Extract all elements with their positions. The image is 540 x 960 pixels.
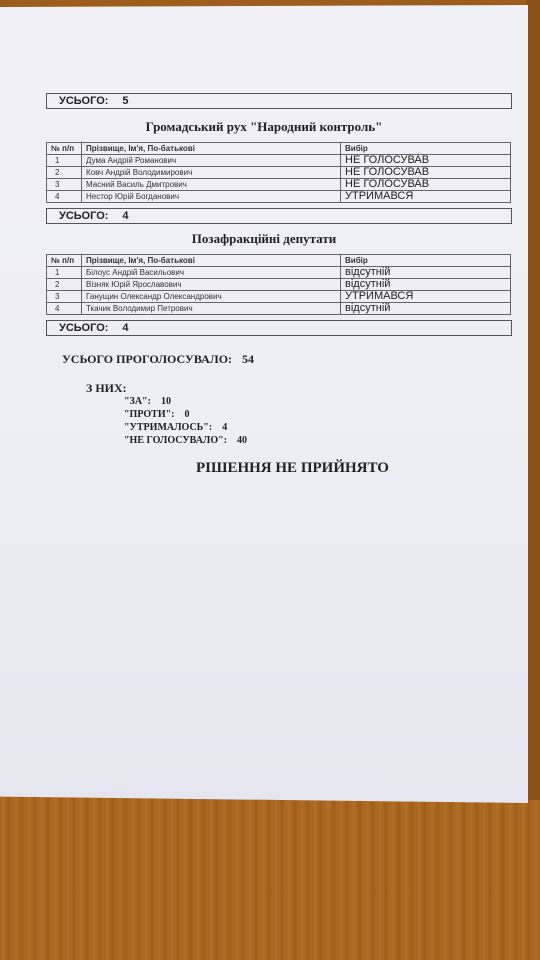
column-header-choice: Вибір [341,143,511,155]
row-name: Нестор Юрій Богданович [82,191,341,203]
table-header-row: № п/п Прізвище, Ім'я, По-батькові Вибір [47,143,511,155]
breakdown-label: "НЕ ГОЛОСУВАЛО": [124,435,227,446]
row-name: Білоус Андрій Васильович [82,267,341,279]
table-row: 2 Ковч Андрій Володимирович НЕ ГОЛОСУВАВ [47,167,511,179]
total-label: УСЬОГО: [59,210,108,222]
total-voted: УСЬОГО ПРОГОЛОСУВАЛО:54 [62,352,254,367]
vote-table-narodnyi-kontrol: № п/п Прізвище, Ім'я, По-батькові Вибір … [46,142,511,203]
row-number: 2 [47,167,82,179]
row-choice: відсутній [341,303,511,315]
column-header-name: Прізвище, Ім'я, По-батькові [82,255,341,267]
section-total-pozafraktsiini: УСЬОГО:4 [46,320,512,336]
decision: РІШЕННЯ НЕ ПРИЙНЯТО [196,460,389,477]
of-them-label: З НИХ: [86,381,127,396]
row-number: 1 [47,155,82,167]
row-number: 3 [47,291,82,303]
row-name: Ткачик Володимир Петрович [82,303,341,315]
breakdown-value: 10 [161,396,171,407]
total-voted-label: УСЬОГО ПРОГОЛОСУВАЛО: [62,352,232,366]
row-choice: НЕ ГОЛОСУВАВ [341,167,511,179]
column-header-number: № п/п [47,255,82,267]
table-row: 3 Ганущин Олександр Олександрович УТРИМА… [47,291,511,303]
breakdown-value: 0 [185,409,190,420]
section-title-narodnyi-kontrol: Громадський рух "Народний контроль" [0,119,528,135]
row-number: 2 [47,279,82,291]
row-choice: НЕ ГОЛОСУВАВ [341,155,511,167]
row-choice: відсутній [341,267,511,279]
row-name: Масний Василь Дмитрович [82,179,341,191]
row-choice: відсутній [341,279,511,291]
breakdown-abstained: "УТРИМАЛОСЬ":4 [124,422,227,433]
column-header-choice: Вибір [341,255,511,267]
section-title-pozafraktsiini: Позафракційні депутати [0,231,528,247]
total-value: 4 [122,210,128,222]
previous-section-total: УСЬОГО:5 [46,93,512,109]
table-row: 3 Масний Василь Дмитрович НЕ ГОЛОСУВАВ [47,179,511,191]
row-name: Ковч Андрій Володимирович [82,167,341,179]
total-value: 5 [122,95,128,107]
table-row: 4 Нестор Юрій Богданович УТРИМАВСЯ [47,191,511,203]
row-number: 4 [47,303,82,315]
total-value: 4 [122,322,128,334]
vote-table-pozafraktsiini: № п/п Прізвище, Ім'я, По-батькові Вибір … [46,254,511,315]
table-row: 1 Білоус Андрій Васильович відсутній [47,267,511,279]
total-label: УСЬОГО: [59,322,108,334]
row-name: Візняк Юрій Ярославович [82,279,341,291]
row-name: Дума Андрій Романович [82,155,341,167]
table-row: 2 Візняк Юрій Ярославович відсутній [47,279,511,291]
row-choice: НЕ ГОЛОСУВАВ [341,179,511,191]
table-header-row: № п/п Прізвище, Ім'я, По-батькові Вибір [47,255,511,267]
breakdown-label: "ПРОТИ": [124,409,175,420]
breakdown-value: 4 [222,422,227,433]
table-row: 4 Ткачик Володимир Петрович відсутній [47,303,511,315]
section-total-narodnyi-kontrol: УСЬОГО:4 [46,208,512,224]
row-number: 1 [47,267,82,279]
document-page: УСЬОГО:5 Громадський рух "Народний контр… [0,5,528,803]
row-number: 4 [47,191,82,203]
row-name: Ганущин Олександр Олександрович [82,291,341,303]
breakdown-not-voted: "НЕ ГОЛОСУВАЛО":40 [124,435,247,446]
row-choice: УТРИМАВСЯ [341,191,511,203]
breakdown-label: "УТРИМАЛОСЬ": [124,422,212,433]
row-number: 3 [47,179,82,191]
total-voted-value: 54 [242,352,254,366]
total-label: УСЬОГО: [59,95,108,107]
table-row: 1 Дума Андрій Романович НЕ ГОЛОСУВАВ [47,155,511,167]
column-header-name: Прізвище, Ім'я, По-батькові [82,143,341,155]
breakdown-against: "ПРОТИ":0 [124,409,190,420]
breakdown-for: "ЗА":10 [124,396,171,407]
breakdown-label: "ЗА": [124,396,151,407]
column-header-number: № п/п [47,143,82,155]
breakdown-value: 40 [237,435,247,446]
wooden-table-edge [526,0,540,800]
row-choice: УТРИМАВСЯ [341,291,511,303]
